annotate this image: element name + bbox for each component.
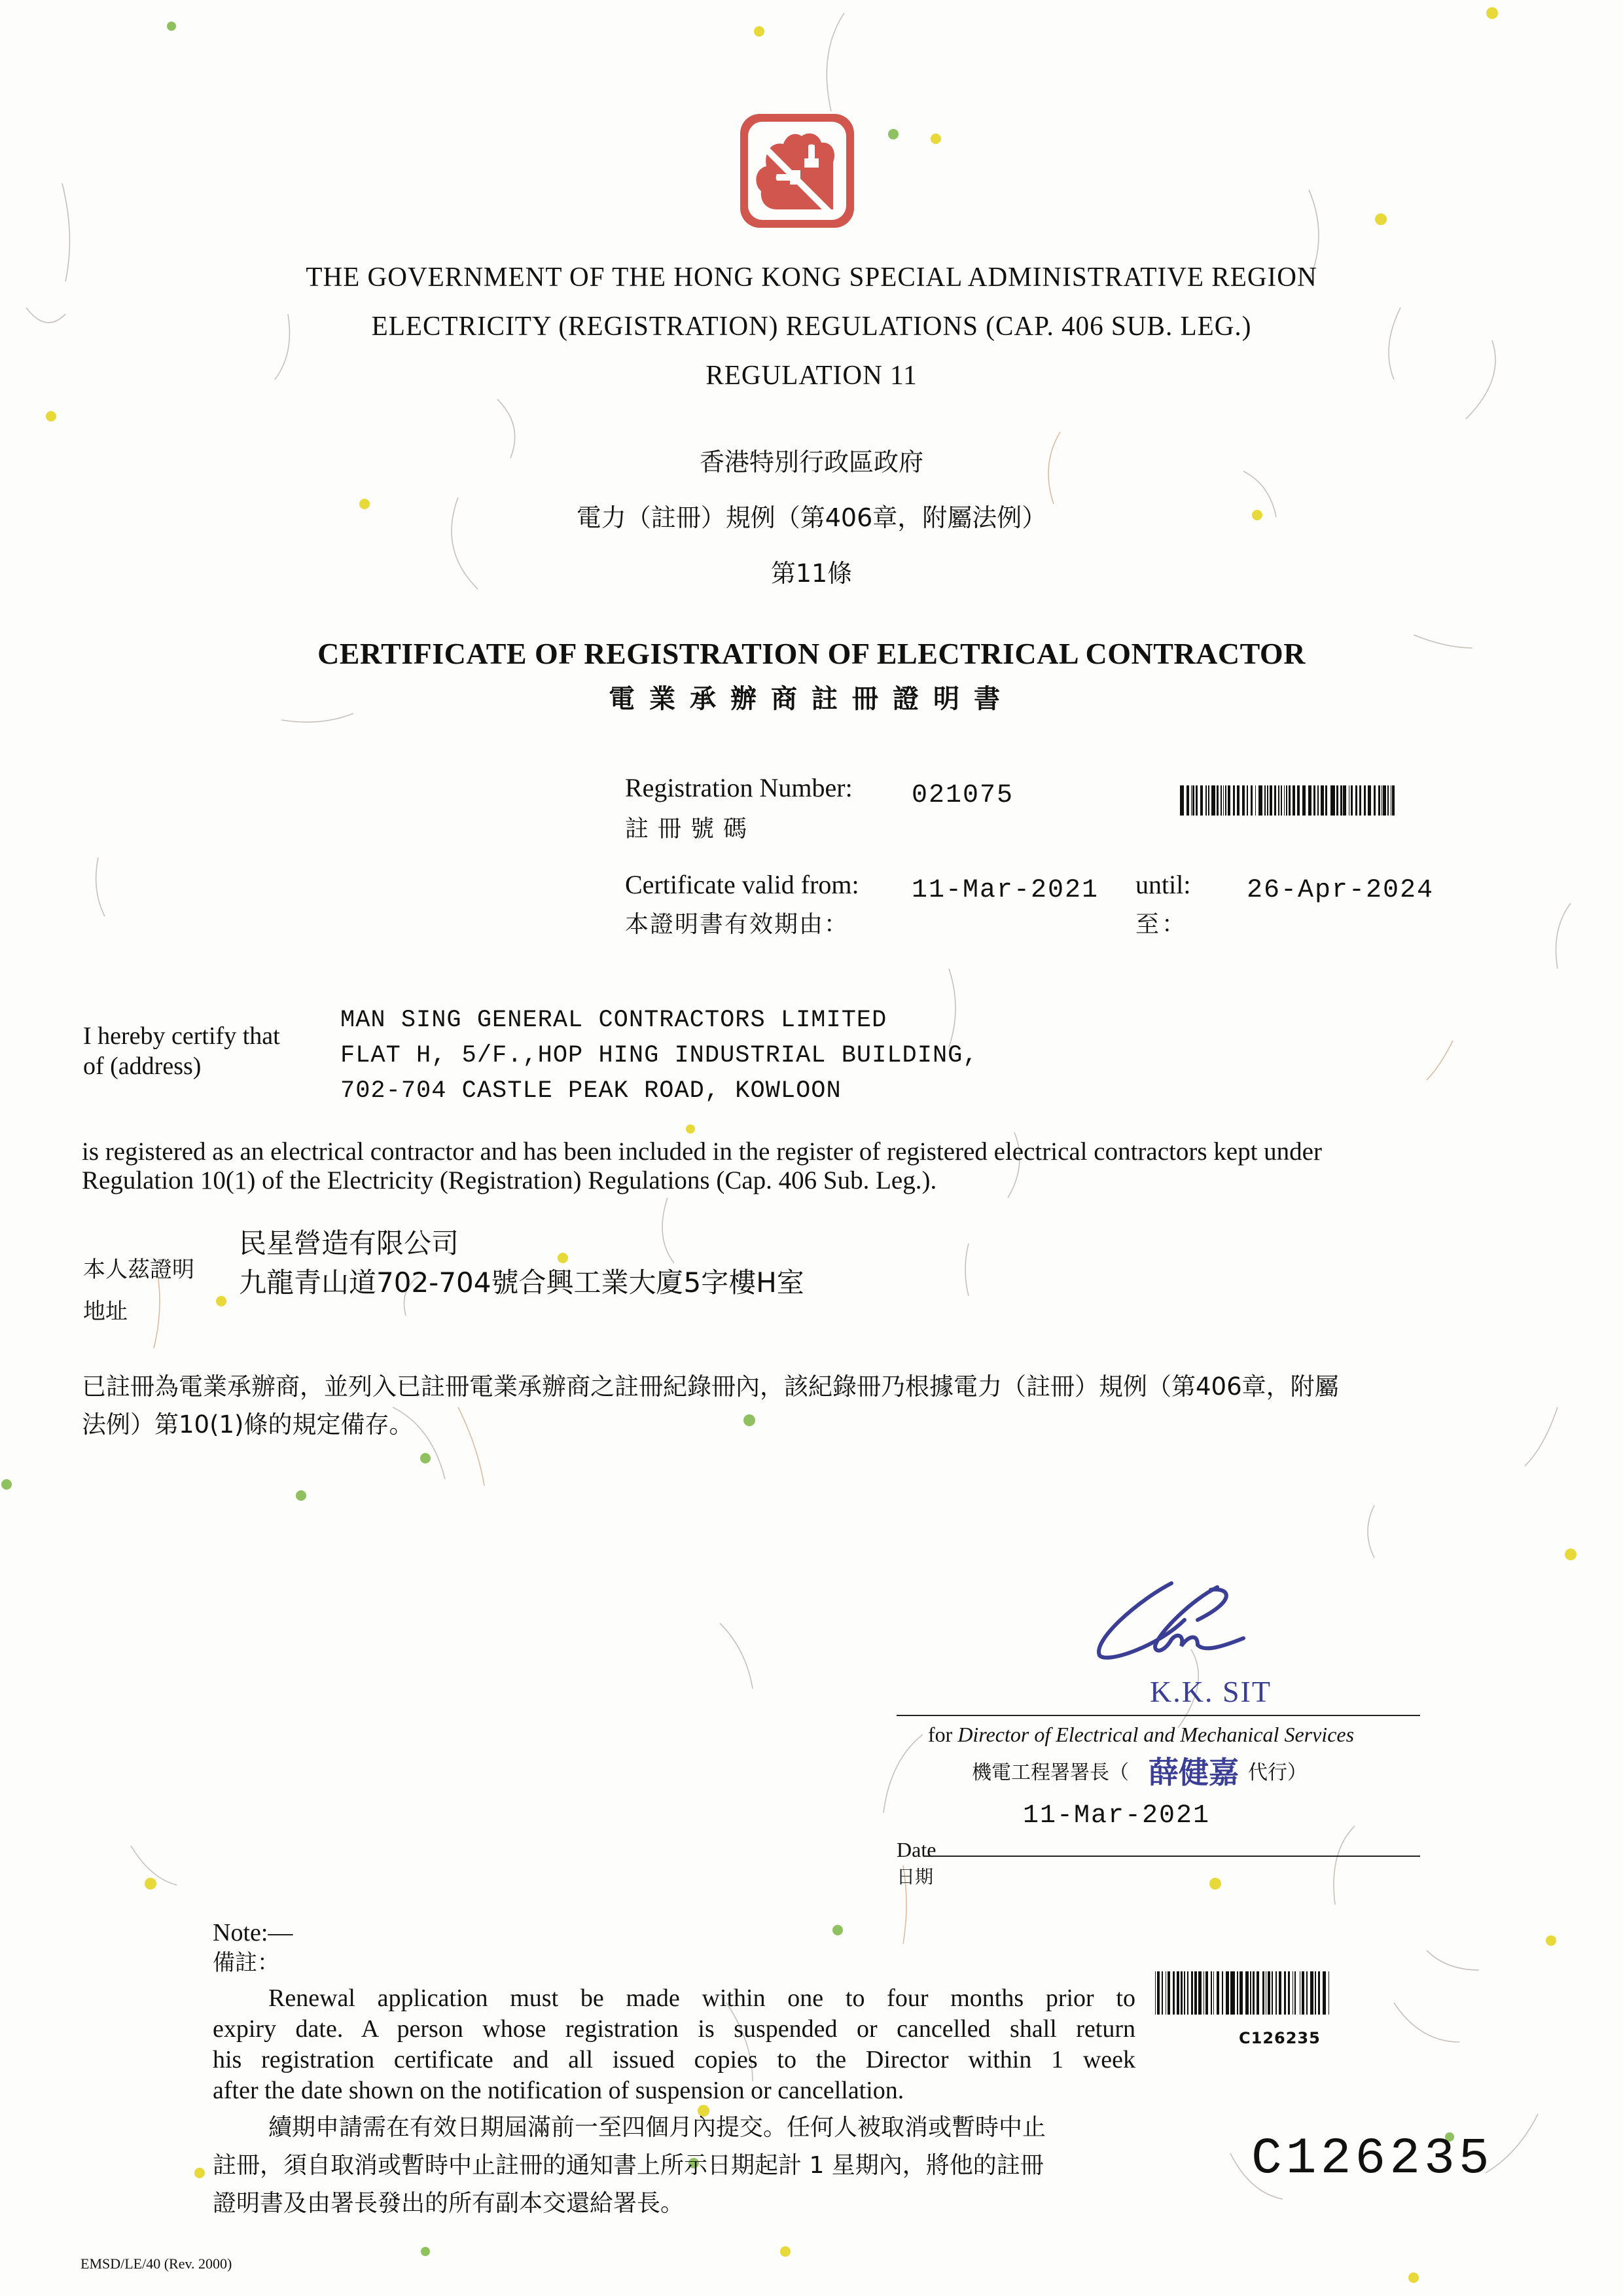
emsd-wrench-logo-icon [738, 111, 857, 230]
certify-label-line2-zh: 地址 [83, 1291, 194, 1333]
certify-label-line1: I hereby certify that [83, 1021, 280, 1051]
regulation-number-en: REGULATION 11 [16, 360, 1607, 391]
government-heading-zh: 香港特別行政區政府 [0, 442, 1623, 478]
signatory-role-zh: 機電工程署署長（ 薛健嘉 代行） [972, 1749, 1307, 1792]
note-line-en: after the date shown on the notification… [213, 2075, 1135, 2106]
certify-label-line2: of (address) [83, 1051, 280, 1081]
date-label: Date 日期 [897, 1836, 936, 1891]
regulations-heading-en: ELECTRICITY (REGISTRATION) REGULATIONS (… [16, 311, 1607, 342]
statement-line2-en: Regulation 10(1) of the Electricity (Reg… [82, 1166, 1541, 1195]
note-heading: Note:— 備註： [213, 1918, 293, 1978]
serial-barcode-text: C126235 [1239, 2029, 1321, 2047]
contractor-address-en: MAN SING GENERAL CONTRACTORS LIMITED FLA… [340, 1003, 978, 1109]
registration-statement-zh: 已註冊為電業承辦商，並列入已註冊電業承辦商之註冊紀錄冊內，該紀錄冊乃根據電力（註… [82, 1368, 1548, 1444]
serial-number: C126235 [1251, 2130, 1493, 2188]
role-prefix: for [928, 1723, 952, 1746]
registration-barcode [1180, 785, 1396, 816]
signature-line [897, 1715, 1420, 1716]
note-line-en: expiry date. A person whose registration… [213, 2014, 1135, 2045]
signature-date: 11-Mar-2021 [1023, 1801, 1210, 1831]
registration-number: 021075 [912, 781, 1014, 810]
role-zh-before: 機電工程署署長（ [972, 1756, 1129, 1785]
certify-label-en: I hereby certify that of (address) [83, 1021, 280, 1081]
statement-line2-zh: 法例）第10(1)條的規定備存。 [82, 1406, 1548, 1444]
until-label-en: until: [1135, 869, 1190, 900]
note-line-en: his registration certificate and all iss… [213, 2045, 1135, 2075]
government-heading-en: THE GOVERNMENT OF THE HONG KONG SPECIAL … [16, 262, 1607, 293]
note-line-zh: 續期申請需在有效日期屆滿前一至四個月內提交。任何人被取消或暫時中止 [213, 2109, 1142, 2147]
note-line-zh: 註冊，須自取消或暫時中止註冊的通知書上所示日期起計 1 星期內，將他的註冊 [213, 2147, 1142, 2185]
serial-barcode [1155, 1971, 1332, 2015]
note-body-zh: 續期申請需在有效日期屆滿前一至四個月內提交。任何人被取消或暫時中止 註冊，須自取… [213, 2109, 1142, 2223]
valid-from-label-en: Certificate valid from: [625, 869, 859, 900]
handwritten-signature-icon [1080, 1574, 1296, 1666]
valid-from-label-zh: 本證明書有效期由： [625, 906, 849, 939]
note-line-en: Renewal application must be made within … [213, 1983, 1135, 2014]
date-label-zh: 日期 [897, 1863, 936, 1891]
address-line1-en: FLAT H, 5/F.,HOP HING INDUSTRIAL BUILDIN… [340, 1038, 978, 1073]
address-zh: 九龍青山道702-704號合興工業大廈5字樓H室 [239, 1263, 804, 1302]
contractor-address-zh: 民星營造有限公司 九龍青山道702-704號合興工業大廈5字樓H室 [239, 1224, 804, 1302]
date-line [924, 1856, 1420, 1857]
form-code: EMSD/LE/40 (Rev. 2000) [80, 2255, 232, 2272]
registration-number-label-zh: 註冊號碼 [625, 810, 756, 844]
valid-from-date: 11-Mar-2021 [912, 876, 1099, 905]
certificate-title-zh: 電業承辦商註冊證明書 [0, 678, 1623, 715]
regulations-heading-zh: 電力（註冊）規例（第406章，附屬法例） [0, 497, 1623, 533]
address-line2-en: 702-704 CASTLE PEAK ROAD, KOWLOON [340, 1073, 978, 1109]
certify-label-line1-zh: 本人茲證明 [83, 1249, 194, 1291]
company-name-zh: 民星營造有限公司 [239, 1224, 804, 1263]
certificate-title-en: CERTIFICATE OF REGISTRATION OF ELECTRICA… [0, 636, 1623, 671]
signatory-role-en: for Director of Electrical and Mechanica… [928, 1723, 1354, 1747]
signatory-name: K.K. SIT [1113, 1674, 1309, 1709]
note-heading-en: Note:— [213, 1918, 293, 1948]
registration-number-label-en: Registration Number: [625, 772, 853, 803]
statement-line1-zh: 已註冊為電業承辦商，並列入已註冊電業承辦商之註冊紀錄冊內，該紀錄冊乃根據電力（註… [82, 1368, 1548, 1406]
company-name-en: MAN SING GENERAL CONTRACTORS LIMITED [340, 1003, 978, 1038]
valid-until-date: 26-Apr-2024 [1247, 876, 1434, 905]
regulation-number-zh: 第11條 [0, 553, 1623, 589]
certify-label-zh: 本人茲證明 地址 [83, 1249, 194, 1333]
statement-line1-en: is registered as an electrical contracto… [82, 1138, 1541, 1166]
emsd-logo [738, 111, 857, 230]
role-title: Director of Electrical and Mechanical Se… [957, 1723, 1354, 1746]
signatory-name-zh-stamp: 薛健嘉 [1149, 1749, 1239, 1792]
note-heading-zh: 備註： [213, 1948, 293, 1978]
note-line-zh: 證明書及由署長發出的所有副本交還給署長。 [213, 2185, 1142, 2223]
note-body-en: Renewal application must be made within … [213, 1983, 1135, 2106]
registration-statement-en: is registered as an electrical contracto… [82, 1138, 1541, 1195]
date-label-en: Date [897, 1836, 936, 1863]
until-label-zh: 至： [1135, 906, 1188, 939]
role-zh-after: 代行） [1248, 1756, 1307, 1785]
